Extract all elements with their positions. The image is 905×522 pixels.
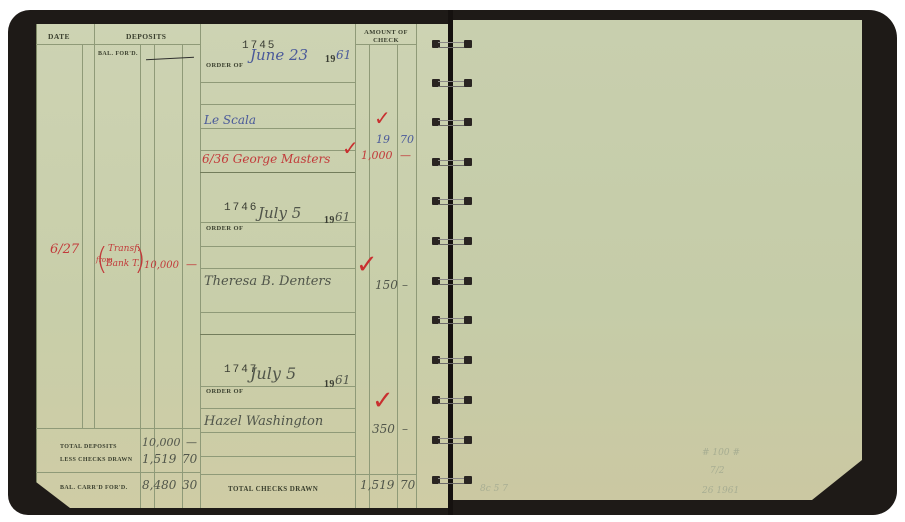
check-register-page: Date Deposits Bal. For'd. Amount of Chec… [36, 24, 448, 508]
less-checks-drawn-value: 1,519 [142, 452, 176, 466]
less-checks-drawn-label: Less Checks Drawn [60, 457, 132, 463]
deposit-cents: — [186, 258, 197, 271]
checkmark-icon: ✓ [374, 106, 391, 130]
bleed-through-text: 26 1961 [702, 486, 739, 496]
payee-name: 6/36 George Masters [202, 152, 330, 166]
spiral-ring-icon [432, 79, 472, 87]
spiral-ring-icon [432, 237, 472, 245]
total-checks-drawn-cents: 70 [400, 478, 415, 492]
check-amount-dollars: 350 [372, 422, 395, 436]
check-amount-cents: 70 [400, 133, 414, 146]
check-amount-cents: – [402, 278, 408, 292]
spiral-ring-icon [432, 40, 472, 48]
less-checks-drawn-cents: 70 [182, 452, 197, 466]
checkmark-icon: ✓ [372, 386, 394, 416]
bleed-through-text: # 100 # [702, 448, 740, 458]
bal-forward-label: Bal. For'd. [98, 51, 138, 57]
bleed-through-text: 8c 5 7 [480, 484, 508, 494]
payee-name: Le Scala [204, 113, 256, 127]
checkmark-icon: ✓ [356, 250, 378, 280]
amount-of-check-header: Amount of Check [358, 29, 414, 45]
spiral-ring-icon [432, 476, 472, 484]
check-amount-cents: – [402, 422, 408, 436]
total-deposits-cents: — [186, 436, 197, 449]
bleed-through-text: 7/2 [710, 466, 724, 476]
spiral-ring-icon [432, 356, 472, 364]
check-amount-cents: — [400, 149, 411, 162]
spiral-ring-icon [432, 197, 472, 205]
payee-name: Hazel Washington [204, 414, 323, 429]
check-amount-dollars: 1,000 [361, 149, 393, 162]
deposit-amount: 10,000 [144, 260, 179, 271]
spiral-ring-icon [432, 396, 472, 404]
deposits-column-header: Deposits [126, 32, 166, 41]
blank-page: # 100 # 7/2 26 1961 8c 5 7 [452, 20, 862, 500]
balance-carried-forward-cents: 30 [182, 478, 197, 492]
deposit-date: 6/27 [50, 242, 79, 257]
checkmark-icon: ✓ [342, 136, 359, 160]
total-checks-drawn-label: Total Checks Drawn [228, 485, 318, 493]
check-date: July 5 [258, 204, 301, 222]
spiral-ring-icon [432, 277, 472, 285]
date-column-header: Date [48, 32, 70, 41]
total-deposits-value: 10,000 [142, 436, 181, 449]
spiral-ring-icon [432, 118, 472, 126]
total-checks-drawn-value: 1,519 [360, 478, 394, 492]
check-date: June 23 [250, 46, 308, 64]
total-deposits-label: Total Deposits [60, 444, 117, 450]
balance-carried-forward-value: 8,480 [142, 478, 176, 492]
balance-carried-forward-label: Bal. Carr'd For'd. [60, 485, 128, 491]
payee-name: Theresa B. Denters [204, 274, 331, 289]
spiral-ring-icon [432, 436, 472, 444]
spiral-ring-icon [432, 316, 472, 324]
spiral-ring-icon [432, 158, 472, 166]
check-number-1746: 1746 [224, 202, 258, 214]
check-amount-dollars: 150 [375, 278, 398, 292]
check-amount-dollars: 19 [376, 133, 390, 146]
check-date: July 5 [250, 364, 296, 383]
order-of-label: Order of [206, 62, 243, 69]
